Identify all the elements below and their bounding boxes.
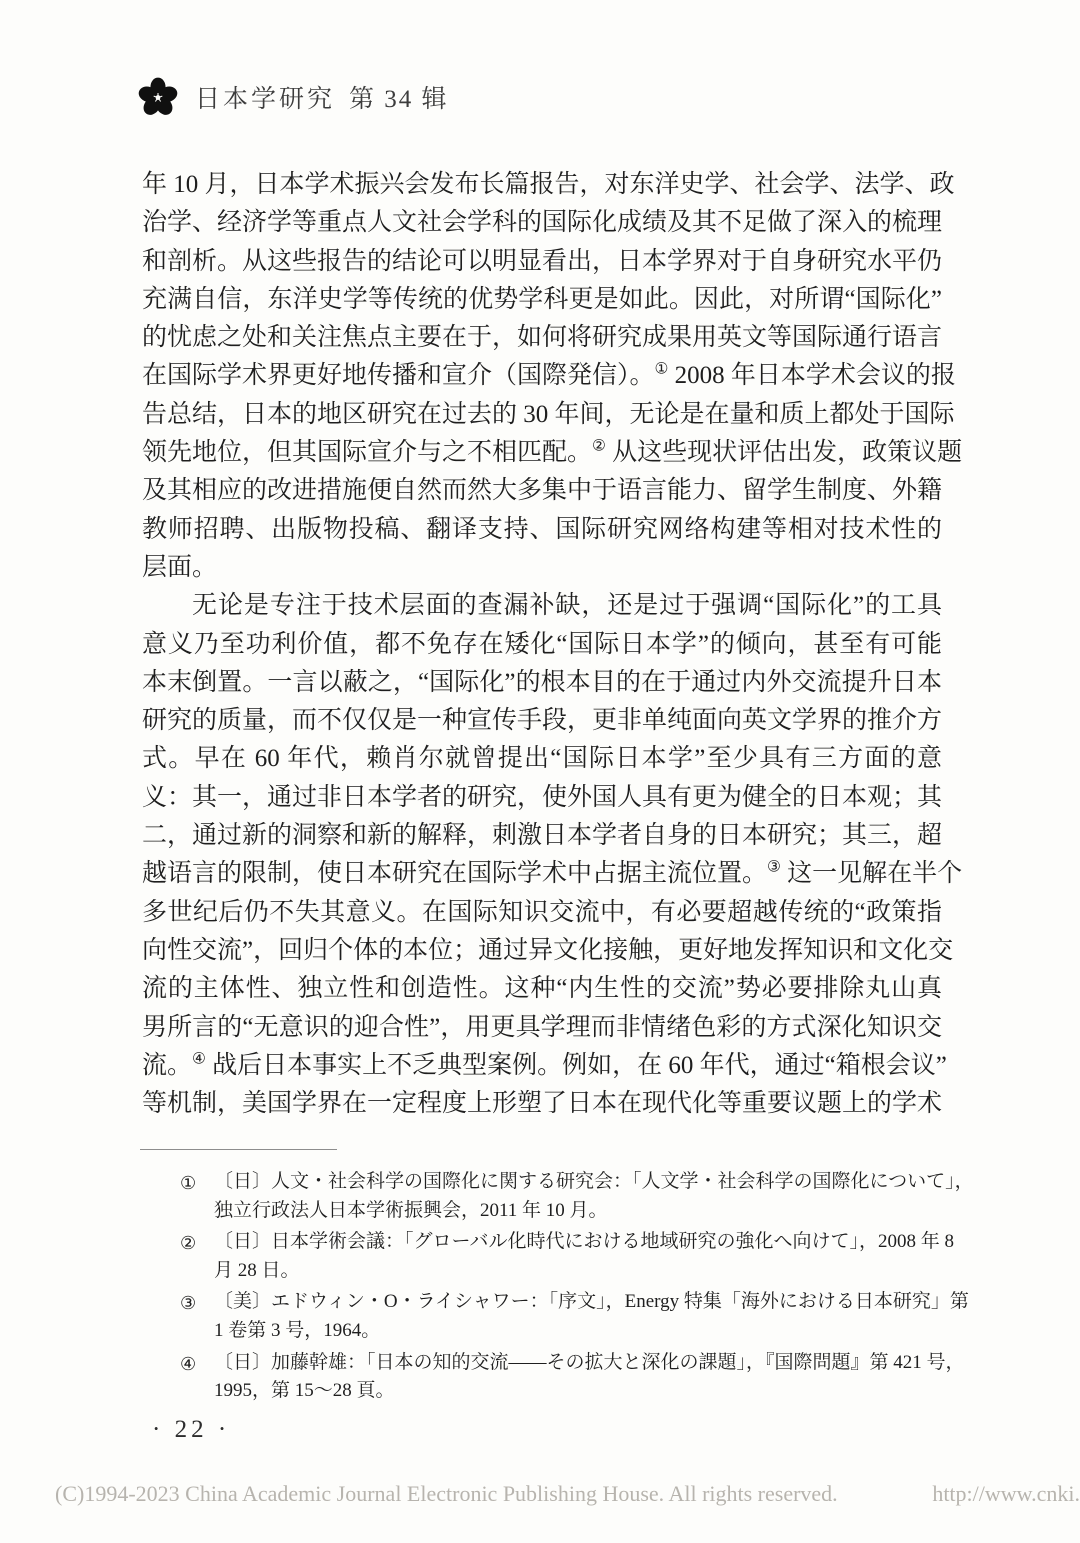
- document-page: 日本学研究 第 34 辑 年 10 月，日本学术振兴会发布长篇报告，对东洋史学、…: [0, 0, 1080, 1543]
- text-line: 等机制，美国学界在一定程度上形塑了日本在现代化等重要议题上的学术: [142, 1085, 942, 1123]
- text-line: 告总结，日本的地区研究在过去的 30 年间，无论是在量和质上都处于国际: [142, 396, 942, 434]
- text-line: 向性交流”，回归个体的本位；通过异文化接触，更好地发挥知识和文化交: [142, 932, 942, 970]
- text-line: 意义乃至功利价值，都不免存在矮化“国际日本学”的倾向，甚至有可能: [142, 626, 942, 664]
- text-line: 式。早在 60 年代，赖肖尔就曾提出“国际日本学”至少具有三方面的意: [142, 740, 942, 778]
- text-line: 及其相应的改进措施便自然而然大多集中于语言能力、留学生制度、外籍: [142, 472, 942, 510]
- text-line: 在国际学术界更好地传播和宣介（国際発信）。① 2008 年日本学术会议的报: [142, 357, 942, 395]
- footnote-ref: ②: [592, 438, 606, 455]
- text-line: 教师招聘、出版物投稿、翻译支持、国际研究网络构建等相对技术性的: [142, 511, 942, 549]
- footnote-marker: ②: [180, 1229, 196, 1258]
- text-line: 层面。: [142, 549, 942, 587]
- footnote-line: 1 卷第 3 号，1964。: [214, 1317, 942, 1346]
- text-line: 和剖析。从这些报告的结论可以明显看出，日本学界对于自身研究水平仍: [142, 243, 942, 281]
- footnote-line: 〔日〕加藤幹雄：「日本の知的交流——その拡大と深化の課題」，『国際問題』第 42…: [214, 1349, 942, 1378]
- copyright-footer: (C)1994-2023 China Academic Journal Elec…: [0, 1481, 1080, 1507]
- copyright-url: http://www.cnki.: [932, 1481, 1080, 1507]
- footnote-ref: ④: [192, 1051, 206, 1068]
- footnote: ②〔日〕日本学術会議：「グローバル化時代における地域研究の強化へ向けて」，200…: [180, 1228, 942, 1285]
- text-line: 治学、经济学等重点人文社会学科的国际化成绩及其不足做了深入的梳理: [142, 204, 942, 242]
- footnote-line: 〔美〕エドウィン・O・ライシャワー：「序文」，Energy 特集「海外における日…: [214, 1288, 942, 1317]
- article-body: 年 10 月，日本学术振兴会发布长篇报告，对东洋史学、社会学、法学、政治学、经济…: [142, 166, 942, 1123]
- text-line: 无论是专注于技术层面的查漏补缺，还是过于强调“国际化”的工具: [142, 587, 942, 625]
- journal-title: 日本学研究: [195, 79, 335, 115]
- footnote: ①〔日〕人文・社会科学の国際化に関する研究会：「人文学・社会科学の国際化について…: [180, 1168, 942, 1225]
- text-line: 多世纪后仍不失其意义。在国际知识交流中，有必要超越传统的“政策指: [142, 894, 942, 932]
- text-line: 研究的质量，而不仅仅是一种宣传手段，更非单纯面向英文学界的推介方: [142, 702, 942, 740]
- page-number: · 22 ·: [152, 1416, 230, 1444]
- text-line: 流的主体性、独立性和创造性。这种“内生性的交流”势必要排除丸山真: [142, 970, 942, 1008]
- footnote-line: 〔日〕人文・社会科学の国際化に関する研究会：「人文学・社会科学の国際化について」…: [214, 1168, 942, 1197]
- footnote-line: 〔日〕日本学術会議：「グローバル化時代における地域研究の強化へ向けて」，2008…: [214, 1228, 942, 1257]
- text-line: 领先地位，但其国际宣介与之不相匹配。② 从这些现状评估出发，政策议题: [142, 434, 942, 472]
- text-line: 充满自信，东洋史学等传统的优势学科更是如此。因此，对所谓“国际化”: [142, 281, 942, 319]
- footnote-line: 独立行政法人日本学術振興会，2011 年 10 月。: [214, 1197, 942, 1226]
- text-line: 二，通过新的洞察和新的解释，刺激日本学者自身的日本研究；其三，超: [142, 817, 942, 855]
- copyright-text: (C)1994-2023 China Academic Journal Elec…: [55, 1481, 838, 1507]
- text-line: 义：其一，通过非日本学者的研究，使外国人具有更为健全的日本观；其: [142, 779, 942, 817]
- footnote-line: 1995，第 15～28 頁。: [214, 1377, 942, 1406]
- journal-issue: 第 34 辑: [349, 79, 449, 115]
- footnote-ref: ①: [655, 361, 669, 378]
- footnote-marker: ①: [180, 1169, 196, 1198]
- text-line: 男所言的“无意识的迎合性”，用更具学理而非情绪色彩的方式深化知识交: [142, 1009, 942, 1047]
- footnote-marker: ④: [180, 1350, 196, 1379]
- footnote-line: 月 28 日。: [214, 1257, 942, 1286]
- text-line: 越语言的限制，使日本研究在国际学术中占据主流位置。③ 这一见解在半个: [142, 855, 942, 893]
- footnote-separator: [140, 1149, 337, 1150]
- footnote-ref: ③: [767, 859, 781, 876]
- footnote: ③〔美〕エドウィン・O・ライシャワー：「序文」，Energy 特集「海外における…: [180, 1288, 942, 1345]
- footnote: ④〔日〕加藤幹雄：「日本の知的交流——その拡大と深化の課題」，『国際問題』第 4…: [180, 1349, 942, 1406]
- footnote-marker: ③: [180, 1289, 196, 1318]
- plum-blossom-icon: [137, 76, 179, 118]
- text-line: 本末倒置。一言以蔽之，“国际化”的根本目的在于通过内外交流提升日本: [142, 664, 942, 702]
- page-header: 日本学研究 第 34 辑: [137, 76, 449, 118]
- text-line: 流。④ 战后日本事实上不乏典型案例。例如，在 60 年代，通过“箱根会议”: [142, 1047, 942, 1085]
- text-line: 年 10 月，日本学术振兴会发布长篇报告，对东洋史学、社会学、法学、政: [142, 166, 942, 204]
- text-line: 的忧虑之处和关注焦点主要在于，如何将研究成果用英文等国际通行语言: [142, 319, 942, 357]
- footnotes-section: ①〔日〕人文・社会科学の国際化に関する研究会：「人文学・社会科学の国際化について…: [180, 1168, 942, 1409]
